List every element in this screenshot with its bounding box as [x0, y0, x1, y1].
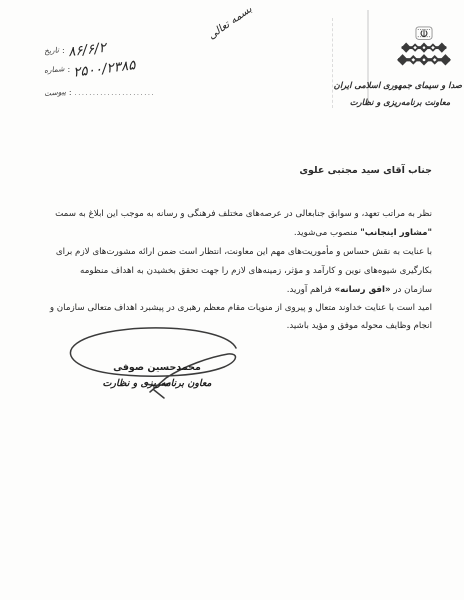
bold-term: "مشاور اینجانب"	[360, 228, 432, 238]
body-text: منصوب می‌شوید.	[294, 228, 358, 238]
separator: :	[67, 65, 70, 74]
flag-emblem	[421, 30, 427, 37]
number-value-handwritten: ۲۵۰۰/۲۳۸۵	[72, 57, 136, 81]
bold-term: «افق رسانه»	[335, 285, 391, 295]
irib-logo	[395, 26, 453, 76]
separator: :	[69, 88, 72, 97]
date-label: تاریخ	[44, 45, 60, 55]
signature-block: محمدحسین صوفی معاون برنامه‌ریزی و نظارت	[72, 362, 242, 389]
bismillah-handwriting: بسمه تعالی	[206, 3, 254, 42]
knot-pattern	[397, 43, 451, 66]
attachment-dotted-line: ......................	[75, 89, 156, 97]
date-row: تاریخ : ۸۶/۶/۲	[44, 42, 106, 58]
body-line: امید است با عنایت خداوند متعال و پیروی ا…	[50, 303, 432, 313]
separator: :	[62, 46, 65, 55]
org-name-line: صدا و سیمای جمهوری اسلامی ایران	[338, 80, 462, 90]
number-label: شماره	[44, 64, 65, 75]
addressee: جناب آقای سید مجتبی علوی	[299, 165, 432, 176]
body-line: "مشاور اینجانب" منصوب می‌شوید.	[294, 228, 432, 238]
scan-artifact-line	[332, 18, 333, 108]
number-row: شماره : ۲۵۰۰/۲۳۸۵	[44, 61, 136, 77]
org-department-line: معاونت برنامه‌ریزی و نظارت	[338, 97, 462, 107]
body-line: انجام وظایف محوله موفق و مؤید باشید.	[287, 321, 432, 331]
body-line: با عنایت به نقش حساس و مأموریت‌های مهم ا…	[56, 247, 432, 257]
signatory-title: معاون برنامه‌ریزی و نظارت	[72, 378, 242, 389]
body-line: نظر به مراتب تعهد، و سوابق جنابعالی در ع…	[55, 209, 432, 219]
body-line: بکارگیری شیوه‌های نوین و کارآمد و مؤثر، …	[80, 266, 432, 276]
body-text: سازمان در	[393, 285, 432, 295]
letterhead: صدا و سیمای جمهوری اسلامی ایران معاونت ب…	[338, 26, 462, 107]
scanned-letter-page: بسمه تعالی	[0, 0, 464, 600]
signatory-name: محمدحسین صوفی	[72, 362, 242, 373]
attachment-row: پیوست : ......................	[44, 88, 155, 97]
date-value-handwritten: ۸۶/۶/۲	[67, 40, 107, 61]
attachment-label: پیوست	[44, 87, 67, 98]
body-line: سازمان در «افق رسانه» فراهم آورید.	[287, 285, 432, 295]
body-text: فراهم آورید.	[287, 285, 332, 295]
